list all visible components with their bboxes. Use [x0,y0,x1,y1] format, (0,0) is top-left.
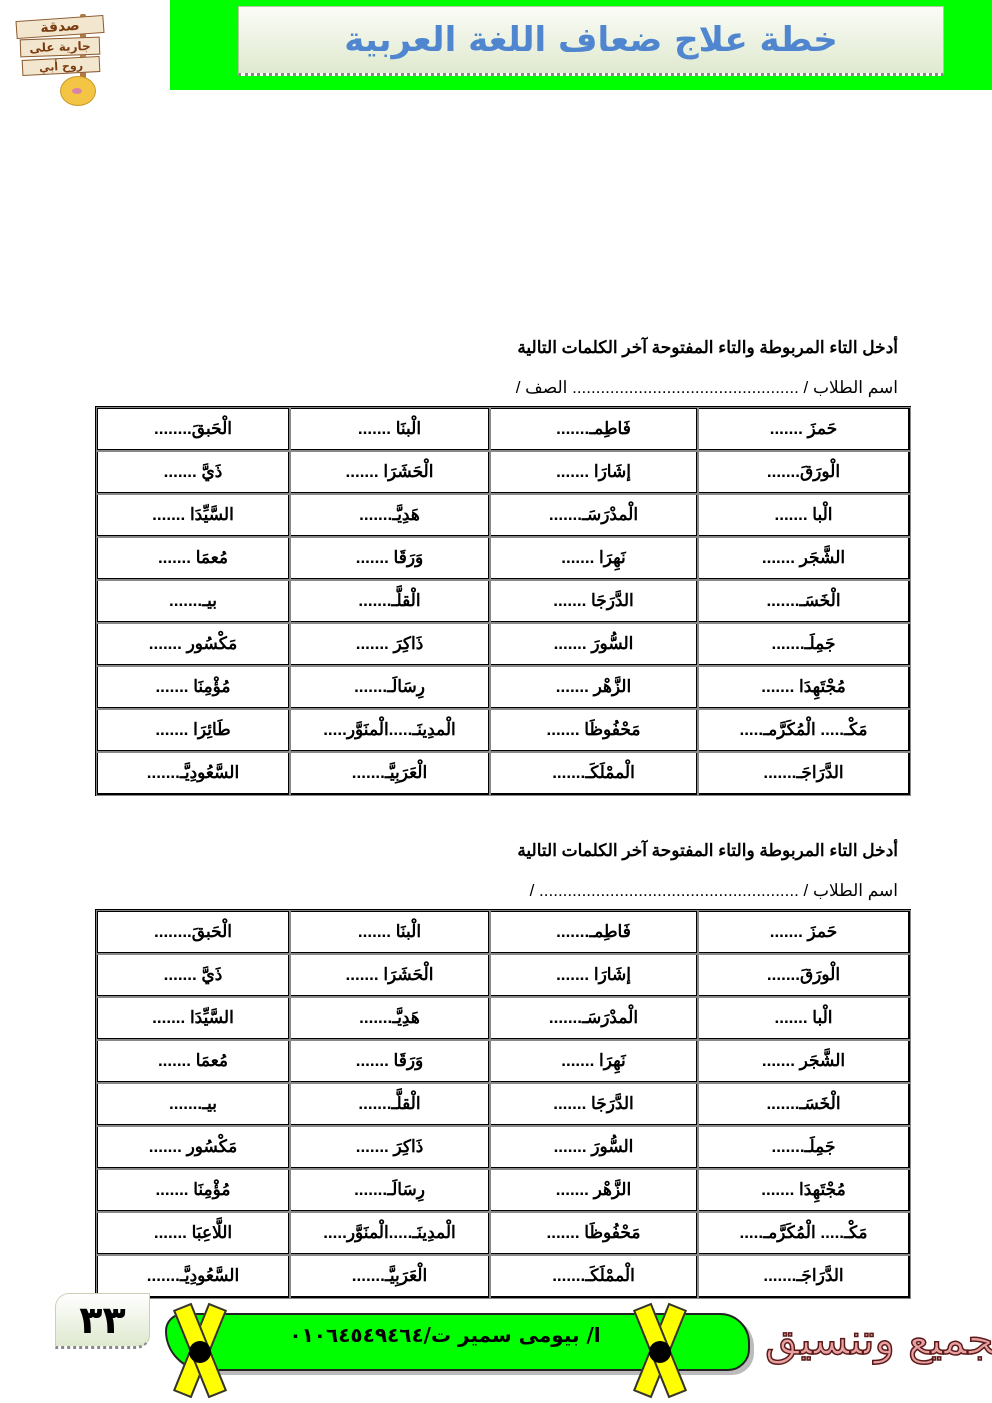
word-cell[interactable]: بيـ....... [97,580,290,623]
word-cell[interactable]: الْمدْرَسَـ....... [490,997,698,1040]
word-cell[interactable]: جَمِلَـ....... [698,1126,910,1169]
word-cell[interactable]: الزَّهْر ....... [490,666,698,709]
word-cell[interactable]: الْقلَّـ....... [290,580,490,623]
word-cell[interactable]: الْبنَا ....... [290,911,490,954]
table-row: حَمزَ .......فَاطِمـ.......الْبنَا .....… [97,911,910,954]
word-cell[interactable]: مُؤْمِنَا ....... [97,1169,290,1212]
word-cell[interactable]: الدَّرَاجَـ....... [698,752,910,795]
worksheet-instruction: أدخل التاء المربوطة والتاء المفتوحة آخر … [517,841,898,861]
word-cell[interactable]: السَّعُودِيَّـ....... [97,1255,290,1298]
table-row: جَمِلَـ.......السُّورَ .......ذَاكِرَ ..… [97,623,910,666]
word-cell[interactable]: السَّيِّدَا ....... [97,997,290,1040]
student-name-line: اسم الطلاب / ...........................… [530,881,898,901]
word-cell[interactable]: الْحَشَرَا ....... [290,451,490,494]
word-cell[interactable]: اللَّاعِبَا ....... [97,1212,290,1255]
word-cell[interactable]: مُعمَا ....... [97,537,290,580]
word-cell[interactable]: ذَاكِرَ ....... [290,1126,490,1169]
word-cell[interactable]: رِسَالَـ....... [290,666,490,709]
word-cell[interactable]: وَرَقَا ....... [290,537,490,580]
word-cell[interactable]: مَكْـ..... الْمُكَرَّمـ..... [698,1212,910,1255]
table-row: الشَّجَر .......نَهِرَا .......وَرَقَا .… [97,1040,910,1083]
word-cell[interactable]: الزَّهْر ....... [490,1169,698,1212]
title-box: خطة علاج ضعاف اللغة العربية [238,6,944,76]
page-number: ٣٣ [55,1293,150,1349]
word-cell[interactable]: هَدِيَّـ....... [290,494,490,537]
word-cell[interactable]: إشَارَا ....... [490,954,698,997]
word-cell[interactable]: الْقلَّـ....... [290,1083,490,1126]
word-cell[interactable]: الْخَسَـ....... [698,580,910,623]
word-cell[interactable]: طَائِرَا ....... [97,709,290,752]
word-cell[interactable]: الْحَشَرَا ....... [290,954,490,997]
table-row: الدَّرَاجَـ.......الْممْلَكَـ.......الْع… [97,752,910,795]
word-cell[interactable]: السُّورَ ....... [490,623,698,666]
word-cell[interactable]: الدَّرَاجَـ....... [698,1255,910,1298]
word-cell[interactable]: مَحْفُوظَا ....... [490,1212,698,1255]
charity-sign-logo: صدقة جارية على روح أبي [8,4,118,104]
word-cell[interactable]: مَكْسُور ....... [97,1126,290,1169]
word-cell[interactable]: الْورَقَ....... [698,954,910,997]
word-cell[interactable]: الْبا ....... [698,494,910,537]
table-row: حَمزَ .......فَاطِمـ.......الْبنَا .....… [97,408,910,451]
word-cell[interactable]: الشَّجَر ....... [698,537,910,580]
word-cell[interactable]: السُّورَ ....... [490,1126,698,1169]
word-cell[interactable]: الْمدْرَسَـ....... [490,494,698,537]
table-row: الْبا .......الْمدْرَسَـ.......هَدِيَّـ.… [97,997,910,1040]
table-row: الْورَقَ.......إشَارَا .......الْحَشَرَا… [97,451,910,494]
sign-line-1: صدقة [15,15,104,39]
table-row: مَكْـ..... الْمُكَرَّمـ.....مَحْفُوظَا .… [97,1212,910,1255]
word-cell[interactable]: ذَيَّ ....... [97,954,290,997]
word-cell[interactable]: الْمدِينَـ.....الْمنَوَّر..... [290,709,490,752]
table-row: الْورَقَ.......إشَارَا .......الْحَشَرَا… [97,954,910,997]
sign-line-2: جارية على [20,37,101,58]
table-row: مَكْـ..... الْمُكَرَّمـ.....مَحْفُوظَا .… [97,709,910,752]
word-table: حَمزَ .......فَاطِمـ.......الْبنَا .....… [95,406,911,796]
credit-text: تجميع وتنسيق [765,1315,992,1364]
word-cell[interactable]: مُجْتَهِدَا ....... [698,1169,910,1212]
word-cell[interactable]: الْبنَا ....... [290,408,490,451]
student-name-line: اسم الطلاب / ...........................… [516,378,898,398]
word-cell[interactable]: الْممْلَكَـ....... [490,752,698,795]
word-cell[interactable]: الدَّرَجَا ....... [490,580,698,623]
table-row: الْخَسَـ.......الدَّرَجَا .......الْقلَّ… [97,580,910,623]
word-cell[interactable]: مُجْتَهِدَا ....... [698,666,910,709]
word-cell[interactable]: فَاطِمـ....... [490,408,698,451]
word-cell[interactable]: مَحْفُوظَا ....... [490,709,698,752]
word-cell[interactable]: ذَيَّ ....... [97,451,290,494]
word-cell[interactable]: الْبا ....... [698,997,910,1040]
word-cell[interactable]: السَّعُودِيَّـ....... [97,752,290,795]
word-cell[interactable]: رِسَالَـ....... [290,1169,490,1212]
word-cell[interactable]: الْورَقَ....... [698,451,910,494]
mascot-nose [72,88,82,94]
word-cell[interactable]: نَهِرَا ....... [490,1040,698,1083]
table-row: جَمِلَـ.......السُّورَ .......ذَاكِرَ ..… [97,1126,910,1169]
word-cell[interactable]: السَّيِّدَا ....... [97,494,290,537]
word-cell[interactable]: وَرَقَا ....... [290,1040,490,1083]
word-cell[interactable]: الْحَبقَ........ [97,911,290,954]
table-row: الدَّرَاجَـ.......الْممْلَكَـ.......الْع… [97,1255,910,1298]
table-row: الْخَسَـ.......الدَّرَجَا .......الْقلَّ… [97,1083,910,1126]
word-cell[interactable]: بيـ....... [97,1083,290,1126]
word-cell[interactable]: ذَاكِرَ ....... [290,623,490,666]
word-cell[interactable]: حَمزَ ....... [698,408,910,451]
word-cell[interactable]: الْحَبقَ........ [97,408,290,451]
word-cell[interactable]: الْممْلَكَـ....... [490,1255,698,1298]
word-cell[interactable]: الْعَرَبِيَّـ....... [290,1255,490,1298]
worksheet-instruction: أدخل التاء المربوطة والتاء المفتوحة آخر … [517,338,898,358]
word-cell[interactable]: إشَارَا ....... [490,451,698,494]
word-cell[interactable]: فَاطِمـ....... [490,911,698,954]
word-cell[interactable]: مَكْسُور ....... [97,623,290,666]
table-row: مُجْتَهِدَا .......الزَّهْر .......رِسَا… [97,1169,910,1212]
word-cell[interactable]: مُؤْمِنَا ....... [97,666,290,709]
word-cell[interactable]: حَمزَ ....... [698,911,910,954]
sign-line-3: روح أبي [22,56,101,76]
table-row: مُجْتَهِدَا .......الزَّهْر .......رِسَا… [97,666,910,709]
page-title: خطة علاج ضعاف اللغة العربية [344,20,838,60]
cross-mark-icon [630,1303,690,1398]
word-cell[interactable]: مَكْـ..... الْمُكَرَّمـ..... [698,709,910,752]
table-row: الشَّجَر .......نَهِرَا .......وَرَقَا .… [97,537,910,580]
author-contact: ا/ بيومى سمير ت/٠١٠٦٤٥٤٩٤٦٤ [255,1323,635,1347]
author-banner: ا/ بيومى سمير ت/٠١٠٦٤٥٤٩٤٦٤ [165,1303,750,1383]
table-row: الْبا .......الْمدْرَسَـ.......هَدِيَّـ.… [97,494,910,537]
word-cell[interactable]: الْخَسَـ....... [698,1083,910,1126]
word-table: حَمزَ .......فَاطِمـ.......الْبنَا .....… [95,909,911,1299]
word-cell[interactable]: الْعَرَبِيَّـ....... [290,752,490,795]
word-cell[interactable]: جَمِلَـ....... [698,623,910,666]
cross-mark-icon [170,1303,230,1398]
word-cell[interactable]: نَهِرَا ....... [490,537,698,580]
word-cell[interactable]: الدَّرَجَا ....... [490,1083,698,1126]
word-cell[interactable]: هَدِيَّـ....... [290,997,490,1040]
word-cell[interactable]: الْمدِينَـ.....الْمنَوَّر..... [290,1212,490,1255]
word-cell[interactable]: مُعمَا ....... [97,1040,290,1083]
word-cell[interactable]: الشَّجَر ....... [698,1040,910,1083]
